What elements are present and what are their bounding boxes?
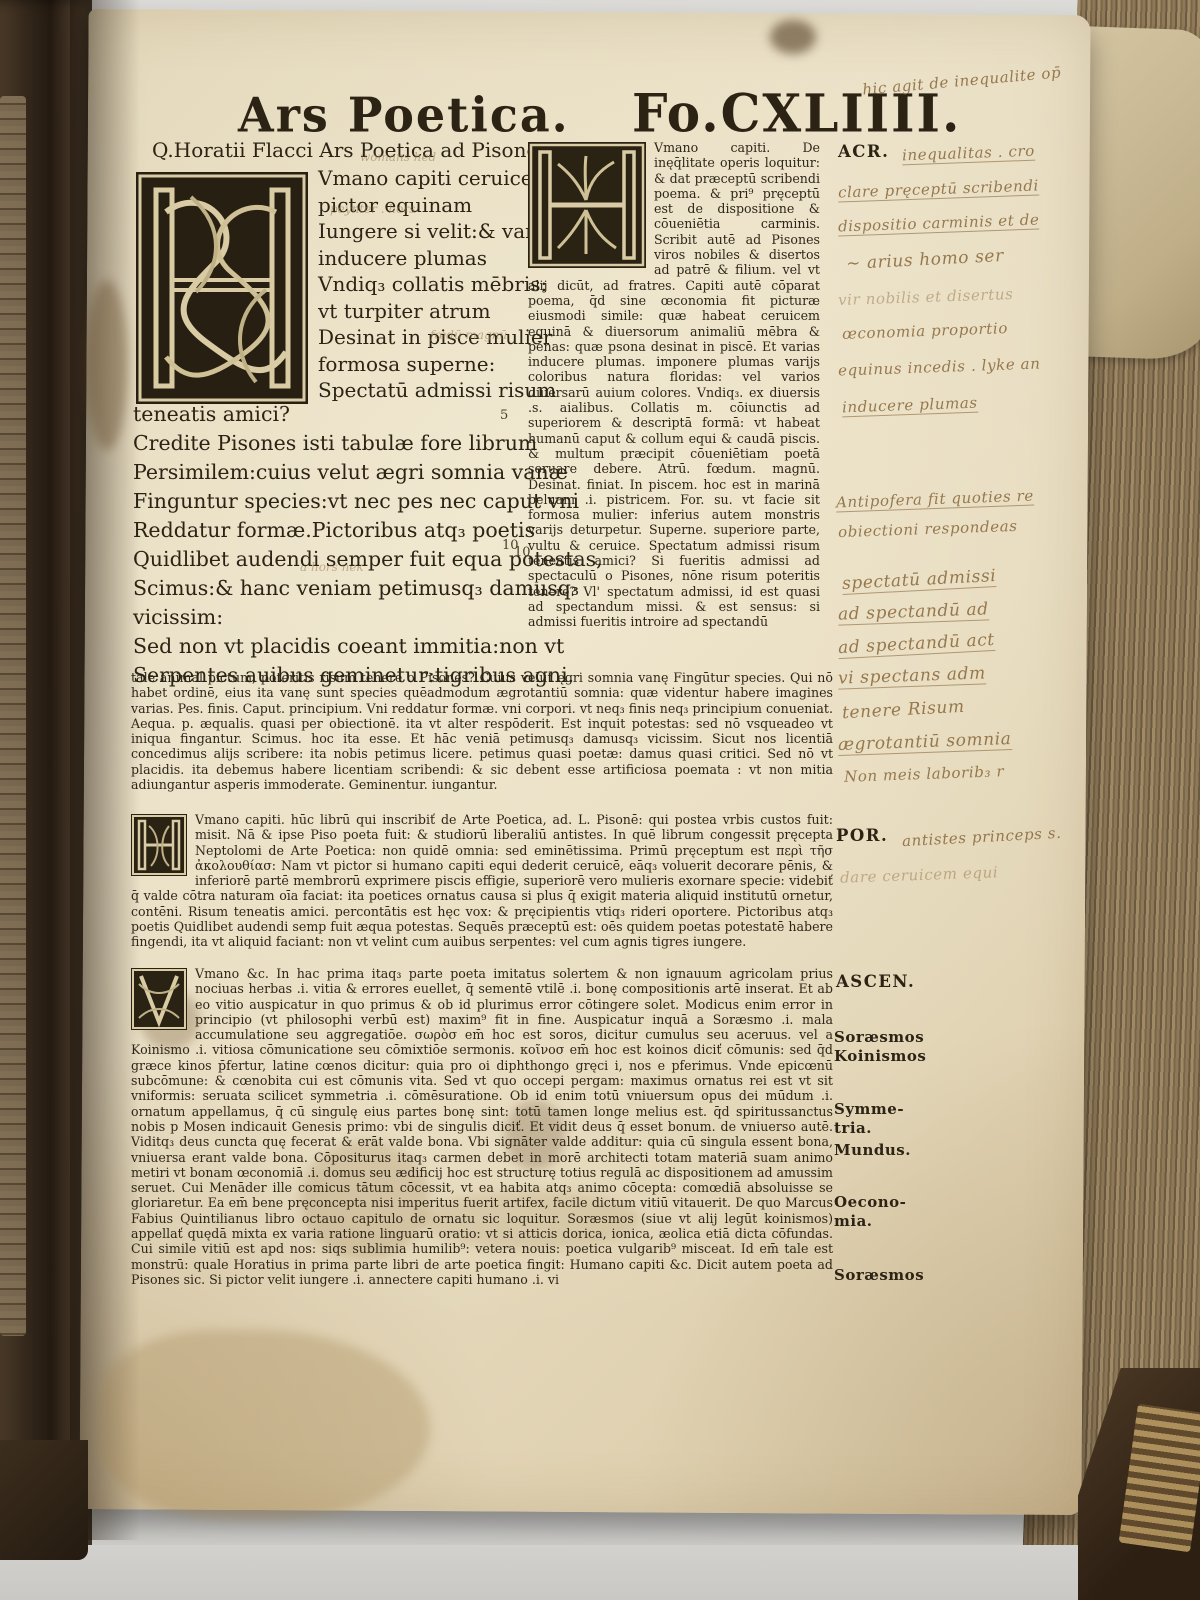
previous-leaf-edge xyxy=(0,96,26,1336)
margin-label-symmetria-1: Symme- xyxy=(834,1100,904,1118)
interlinear-gloss: fœdū magnū xyxy=(430,328,507,342)
margin-label-acr: ACR. xyxy=(838,142,889,161)
ink-spot xyxy=(770,20,816,54)
table-surface xyxy=(0,1545,1200,1600)
bottom-left-board xyxy=(0,1440,88,1560)
woodcut-initial-block2 xyxy=(131,814,187,876)
commentary-line-number-10: 10 xyxy=(514,545,531,560)
commentary-block-3: Vmano &c. In hac prima itaq₃ parte poeta… xyxy=(131,966,833,1287)
verse-line: inducere plumas xyxy=(318,245,563,272)
margin-label-por: POR. xyxy=(836,826,888,845)
commentary-block-1: tale animal pictum, poteritis risum tene… xyxy=(131,670,833,792)
verse-number-5: 5 xyxy=(500,408,508,423)
margin-label-ascen: ASCEN. xyxy=(836,972,915,991)
woodcut-initial-H-large xyxy=(136,172,308,404)
margin-label-mundus: Mundus. xyxy=(834,1141,911,1159)
verse-line: Iungere si velit:& varias xyxy=(318,218,563,245)
interlinear-gloss: peynter . hors xyxy=(330,202,415,216)
commentary-block-2: Vmano capiti. hūc librū qui inscribiť de… xyxy=(131,812,833,950)
margin-label-oeconomia-2: mia. xyxy=(834,1212,873,1230)
verse-line: formosa superne: xyxy=(318,351,563,378)
gutter-shadow xyxy=(70,0,140,1540)
stain xyxy=(86,280,128,450)
margin-label-symmetria-2: tria. xyxy=(834,1119,872,1137)
running-title: Ars Poetica. xyxy=(238,87,570,143)
poem-opening-lines: Vmano capiti ceruicem pictor equinam Iun… xyxy=(318,165,563,404)
commentary-right-column: Vmano capiti. De inęq̄litate operis loqu… xyxy=(528,140,820,668)
woodcut-initial-block3 xyxy=(131,968,187,1030)
margin-label-soraesmos-1: Soræsmos xyxy=(834,1028,924,1046)
margin-label-koinismos: Koinismos xyxy=(834,1047,926,1065)
margin-label-soraesmos-2: Soræsmos xyxy=(834,1266,924,1284)
verse-line: vt turpiter atrum xyxy=(318,298,563,325)
book-photo: Ars Poetica. Fo.CXLIIII. Q.Horatii Flacc… xyxy=(0,0,1200,1600)
woodcut-initial-H-small xyxy=(528,142,646,268)
interlinear-gloss: womans hed xyxy=(360,150,436,164)
margin-label-oeconomia-1: Oecono- xyxy=(834,1193,906,1211)
verse-line: Vmano capiti ceruicem xyxy=(318,165,563,192)
verse-line: Vndiq₃ collatis mēbris: xyxy=(318,271,563,298)
chapter-heading: Q.Horatii Flacci Ars Poetica ad Pisones. xyxy=(152,138,555,162)
commentary-text: Vmano &c. In hac prima itaq₃ parte poeta… xyxy=(131,966,833,1287)
commentary-text: Vmano capiti. hūc librū qui inscribiť de… xyxy=(131,812,833,949)
